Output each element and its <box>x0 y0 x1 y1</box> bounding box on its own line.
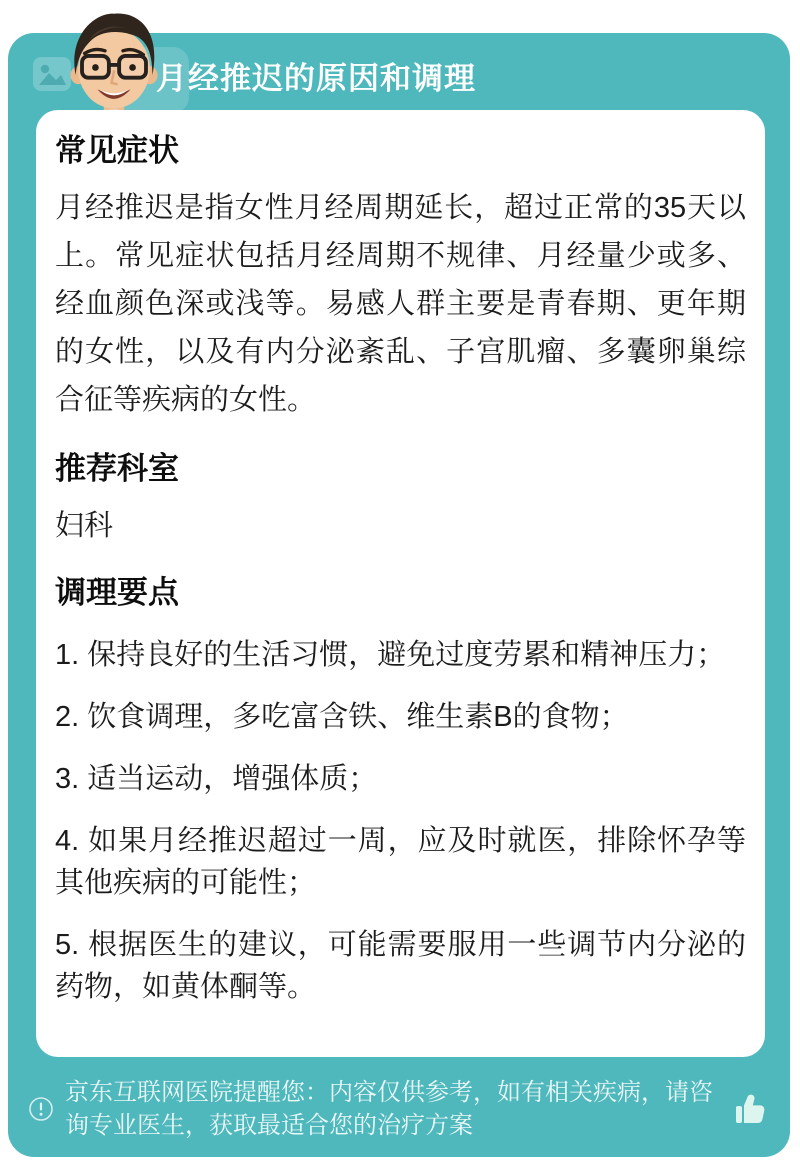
care-point-item: 1. 保持良好的生活习惯，避免过度劳累和精神压力； <box>55 634 746 676</box>
care-point-item: 5. 根据医生的建议，可能需要服用一些调节内分泌的药物，如黄体酮等。 <box>55 924 746 1008</box>
content-card: 常见症状 月经推迟是指女性月经周期延长，超过正常的35天以上。常见症状包括月经周… <box>36 110 765 1057</box>
care-point-item: 3. 适当运动，增强体质； <box>55 758 746 800</box>
care-point-item: 4. 如果月经推迟超过一周，应及时就医，排除怀孕等其他疾病的可能性； <box>55 820 746 904</box>
section-heading-care-points: 调理要点 <box>55 572 746 614</box>
info-icon <box>28 1096 54 1122</box>
care-point-item: 2. 饮食调理，多吃富含铁、维生素B的食物； <box>55 696 746 738</box>
section-heading-symptoms: 常见症状 <box>55 130 746 172</box>
disclaimer-footer: 京东互联网医院提醒您：内容仅供参考，如有相关疾病，请咨询专业医生，获取最适合您的… <box>24 1061 774 1157</box>
disclaimer-text: 京东互联网医院提醒您：内容仅供参考，如有相关疾病，请咨询专业医生，获取最适合您的… <box>65 1076 719 1142</box>
thumbs-up-icon[interactable] <box>730 1089 770 1129</box>
card-header: 月经推迟的原因和调理 <box>8 33 790 110</box>
section-heading-department: 推荐科室 <box>55 448 746 490</box>
department-value: 妇科 <box>55 504 746 548</box>
page-title: 月经推迟的原因和调理 <box>156 53 476 98</box>
symptoms-paragraph: 月经推迟是指女性月经周期延长，超过正常的35天以上。常见症状包括月经周期不规律、… <box>55 184 746 424</box>
page: 月经推迟的原因和调理 常见症状 月经推迟是指女性月经周期延长，超过正常的35天以… <box>0 0 800 1165</box>
health-card-container: 月经推迟的原因和调理 常见症状 月经推迟是指女性月经周期延长，超过正常的35天以… <box>8 33 790 1157</box>
